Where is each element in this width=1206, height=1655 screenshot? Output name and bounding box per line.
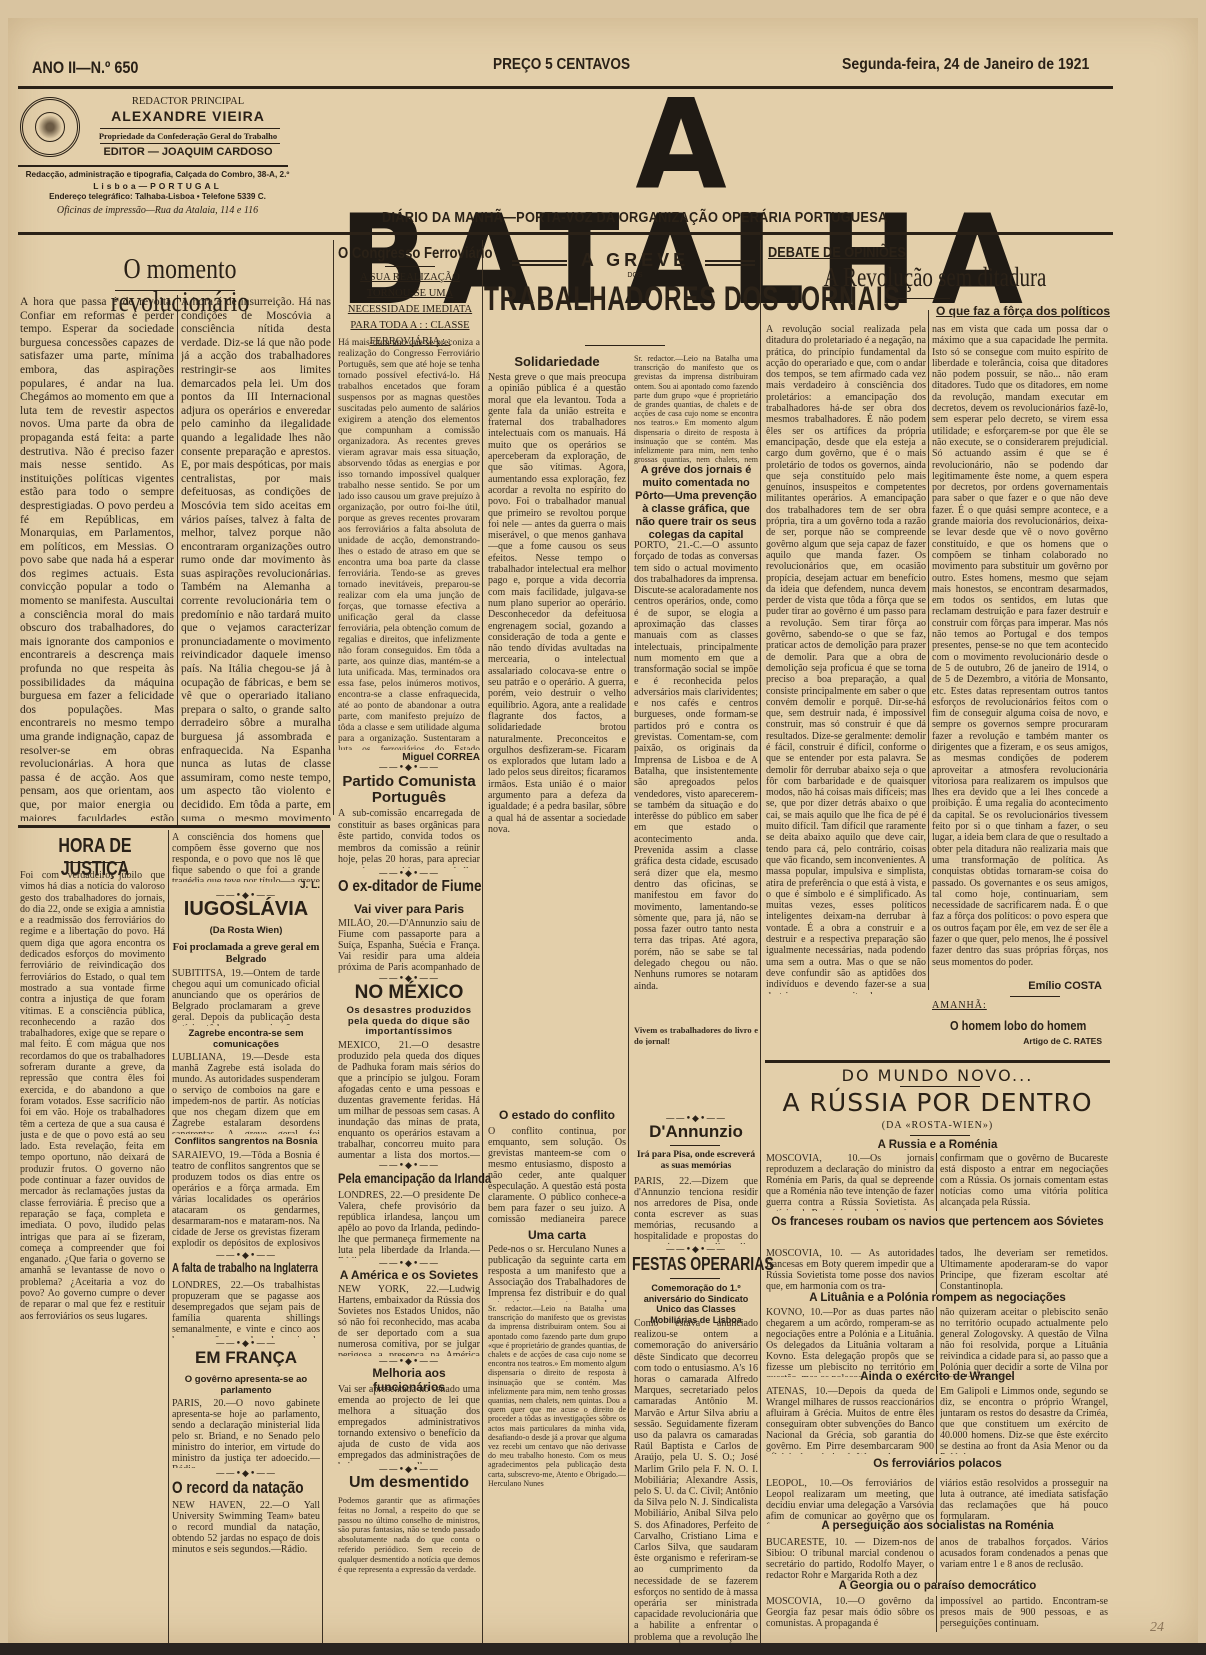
article-body: NEW YORK, 22.—Ludwig Hartens, embaixador… <box>338 1284 480 1356</box>
article-letter: Sr. redactor.—Leio na Batalha uma transc… <box>488 1304 626 1649</box>
article-subtitle: O que faz a fôrça dos políticos <box>930 304 1110 318</box>
section-body-right: viários estão resolvidos a prosseguir na… <box>940 1478 1108 1524</box>
issue-number: ANO II—N.º 650 <box>32 58 138 78</box>
section-heading: Os franceses roubam os navios que perten… <box>765 1216 1110 1229</box>
article-body: PARIS, 20.—O novo gabinete apresenta-se … <box>172 1398 320 1468</box>
article-body: NEW HAVEN, 22.—O Yall University Swimmin… <box>172 1500 320 1560</box>
section-body-left: ATENAS, 10.—Depois da queda de Wrangel m… <box>766 1386 934 1454</box>
city-line: Lisboa—PORTUGAL <box>15 181 300 191</box>
article-kicker: DEBATE DE OPINIÕES <box>768 244 938 261</box>
article-body: MEXICO, 21.—O desastre produzido pela qu… <box>338 1040 480 1160</box>
article-body-3: SARAIEVO, 19.—Tôda a Bosnia é teatro de … <box>172 1150 320 1250</box>
article-title: A Revolução sem ditadura <box>802 262 1067 293</box>
article-body-col2: A hora é de insurreição. Há nas condiçõe… <box>181 296 331 821</box>
article-body: Vai ser apresentada no senado uma emenda… <box>338 1384 480 1464</box>
redactor-name: ALEXANDRE VIEIRA <box>88 108 288 124</box>
article-title: IUGOSLÁVIA <box>172 898 320 921</box>
newspaper-subtitle: DIÁRIO DA MANHÃ—PORTA-VOZ DA ORGANIZAÇÃO… <box>382 210 887 226</box>
section-body-left: KOVNO, 10.—Por as duas partes não chegar… <box>766 1307 934 1377</box>
article-closing-note: Vivem os trabalhadores do livro e do jor… <box>634 1025 758 1045</box>
section-heading: Ainda o exército de Wrangel <box>765 1371 1110 1383</box>
article-subheading-solidariedade: Solidariedade <box>488 354 626 369</box>
article-title: O Congresso Ferroviário <box>338 245 454 263</box>
section-body-right: não quizeram aceitar o plebiscito senão … <box>940 1307 1108 1377</box>
article-body-carta: Pede-nos o sr. Herculano Nunes a publica… <box>488 1244 626 1302</box>
divider-ornament: ——•◆•—— <box>338 764 480 772</box>
section-body-right: tados, lhe deveriam ser remetidos. Ultim… <box>940 1248 1108 1294</box>
article-author: Emílio COSTA <box>932 980 1102 992</box>
article-body-solidariedade: Nesta greve o que mais preocupa a opiniã… <box>488 372 626 1012</box>
workshops-line: Oficinas de impressão—Rua da Atalaia, 11… <box>15 205 300 216</box>
article-title: NO MÉXICO <box>338 982 480 1004</box>
article-subheading-estado-conflito: O estado do conflito <box>488 1108 626 1122</box>
article-author: J. L. <box>172 880 320 891</box>
article-title: Partido Comunista Português <box>338 774 480 806</box>
article-subheading-porto: A gréve dos jornais é muito comentada no… <box>632 464 760 542</box>
article-kicker: DO MUNDO NOVO... <box>765 1066 1110 1085</box>
issue-date: Segunda-feira, 24 de Janeiro de 1921 <box>842 56 1089 74</box>
article-letter-continued: Sr. redactor.—Leio na Batalha uma transc… <box>634 354 758 464</box>
section-heading: A Georgia ou o paraíso democrático <box>765 1580 1110 1592</box>
article-body: A sub-comissão encarregada de constituir… <box>338 808 480 868</box>
article-kicker-connector: DOS <box>560 272 710 279</box>
article-body: Há mais-dum ano que se preconiza a reali… <box>338 338 480 750</box>
page-mark: 24 <box>1150 1620 1164 1636</box>
article-author: Miguel CORREA <box>338 752 480 763</box>
article-source: (Da Rosta Wien) <box>172 925 320 936</box>
article-title: Pela emancipação da Irlanda <box>338 1170 466 1186</box>
article-title: TRABALHADORES DOS JORNAIS <box>484 280 722 318</box>
address-line: Redacção, administração e tipografia, Ca… <box>15 170 300 179</box>
cgt-seal-icon <box>20 97 80 157</box>
section-body-right: anos de trabalhos forçados. Vários acusa… <box>940 1537 1108 1583</box>
tomorrow-author: Artigo de C. RATES <box>932 1036 1102 1046</box>
article-title: EM FRANÇA <box>172 1348 320 1368</box>
tomorrow-label: AMANHÃ: <box>932 1000 987 1011</box>
article-subheading-carta: Uma carta <box>488 1228 626 1242</box>
article-body-porto: PORTO, 21.-C.—O assunto forçado de todas… <box>634 540 758 1040</box>
article-body: Foi com verdadeiro júbilo que vimos há d… <box>20 870 165 1640</box>
article-title: FESTAS OPERARIAS <box>632 1254 757 1275</box>
section-heading: Os ferroviários polacos <box>765 1458 1110 1470</box>
article-subtitle: O govêrno apresenta-se ao parlamento <box>172 1374 320 1396</box>
article-body-continued: A consciência dos homens que compõem êss… <box>172 832 320 882</box>
section-heading: A Russia e a Roménia <box>765 1139 1110 1151</box>
section-body-right: Em Galipoli e Limmos onde, segundo se di… <box>940 1386 1108 1454</box>
article-body-estado-conflito: O conflito continua, por emquanto, sem s… <box>488 1126 626 1226</box>
article-title: O ex-ditador de Fiume <box>338 878 474 896</box>
section-body-left: MOSCÓVIA, 10.—Os jornais reproduzem a de… <box>766 1153 934 1211</box>
article-body: LONDRES, 22.—Os trabalhistas propuzeram … <box>172 1280 320 1338</box>
section-body-right: impossível ao partido. Encontram-se pres… <box>940 1596 1108 1632</box>
article-title: Um desmentido <box>338 1474 480 1492</box>
section-heading: A Lituânia e a Polónia rompem as negocia… <box>765 1292 1110 1304</box>
article-subheading: Zagrebe encontra-se sem comunicações <box>172 1028 320 1050</box>
article-subtitle: Irá para Pisa, onde escreverá as suas me… <box>632 1150 760 1172</box>
article-subtitle: Vai viver para Paris <box>338 902 480 916</box>
article-title: O record da natação <box>172 1478 300 1498</box>
section-body-right: confirmam que o govêrno de Bucareste est… <box>940 1153 1108 1211</box>
price: PREÇO 5 CENTAVOS <box>493 56 630 74</box>
article-body: SUBITITSA, 19.—Ontem de tarde chegou aqu… <box>172 968 320 1026</box>
article-kicker: A GREVE <box>560 250 710 271</box>
article-body: Podemos garantir que as afirmações feita… <box>338 1496 480 1576</box>
article-title: A América e os Sovietes <box>338 1268 480 1282</box>
article-body: PARIS, 22.—Dizem que d'Annunzio tenciona… <box>634 1176 758 1244</box>
article-body-col2: nas em vista que cada um possa dar o máx… <box>932 324 1108 976</box>
section-body-left: MOSCÓVIA, 10.—O govêrno da Georgia faz p… <box>766 1596 934 1632</box>
section-body-left: LEOPOL, 10.—Os ferroviários de Leopol re… <box>766 1478 934 1524</box>
article-body: Como estava anunciado realizou-se ontem … <box>634 1318 758 1643</box>
redactor-label: REDACTOR PRINCIPAL <box>88 96 288 107</box>
article-body: MILÃO, 20.—D'Annunzio saiu de Fiume com … <box>338 918 480 974</box>
article-source: (DA «ROSTA-WIEN») <box>765 1120 1110 1131</box>
article-title: D'Annunzio <box>632 1122 760 1142</box>
tomorrow-title: O homem lobo do homem <box>950 1018 1086 1033</box>
telegraph-line: Endereço telegráfico: Talhaba-Lisboa • T… <box>15 192 300 201</box>
ownership-line: Propriedade da Confederação Geral do Tra… <box>88 131 288 141</box>
article-subtitle: Foi proclamada a greve geral em Belgrado <box>172 942 320 966</box>
page-bottom-edge <box>0 1643 1206 1655</box>
article-subheading-2: Conflitos sangrentos na Bosnia <box>172 1136 320 1147</box>
article-title: A RÚSSIA POR DENTRO <box>765 1088 1110 1117</box>
masthead-bottom-rule <box>18 232 1113 235</box>
editor-line: EDITOR — JOAQUIM CARDOSO <box>88 146 288 158</box>
article-body-col1: A hora que passa é de revolta. Confiar e… <box>20 296 174 821</box>
article-body: LONDRES, 22.—O presidente De Valera, che… <box>338 1190 480 1258</box>
section-body-left: BUCARESTE, 10. — Dizem-nos de Sibiou: O … <box>766 1537 934 1583</box>
article-body-2: LUBLIANA, 19.—Desde esta manhã Zagrebe e… <box>172 1052 320 1134</box>
article-subtitle: Os desastres produzidos pela queda do di… <box>338 1006 480 1038</box>
article-body-col1: A revolução social realizada pela ditadu… <box>766 324 926 994</box>
section-heading: A perseguição aos socialistas na Roménia <box>765 1520 1110 1532</box>
section-body-left: MOSCÓVIA, 10. — As autoridades francesas… <box>766 1248 934 1294</box>
article-title: A falta de trabalho na Inglaterra <box>172 1260 292 1275</box>
